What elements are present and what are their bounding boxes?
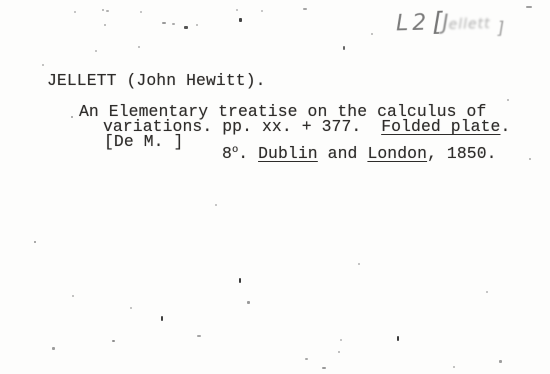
shelf-mark-faded-letters: ellett: [448, 16, 490, 33]
place-dublin: Dublin: [258, 144, 318, 163]
scan-speck: [322, 367, 326, 369]
shelf-mark-annotation: L2[Jellett]: [396, 5, 505, 42]
scan-speck: [239, 278, 241, 283]
scan-speck: [172, 23, 175, 25]
scan-speck: [247, 301, 250, 304]
scan-speck: [74, 11, 76, 13]
scan-speck: [453, 366, 455, 368]
scan-speck: [397, 336, 399, 341]
scan-speck: [106, 10, 109, 12]
imprint-year: , 1850.: [427, 144, 497, 163]
size-numeral: 8: [222, 144, 232, 163]
scan-speck: [358, 263, 360, 265]
place-london: London: [367, 144, 427, 163]
scan-speck: [112, 340, 115, 342]
scan-speck: [486, 291, 488, 293]
scan-speck: [499, 360, 502, 363]
scan-speck: [303, 8, 307, 10]
shelf-mark-close-bracket: ]: [498, 19, 505, 39]
scan-speck: [529, 158, 531, 160]
scan-speck: [526, 6, 532, 8]
scan-speck: [343, 46, 345, 50]
scan-speck: [184, 26, 188, 29]
folded-plate-note: Folded plate: [381, 117, 500, 136]
scan-speck: [102, 9, 104, 11]
bracket-note: [De M. ]: [104, 134, 184, 150]
scan-speck: [140, 11, 142, 13]
scan-speck: [338, 351, 340, 353]
scan-speck: [215, 204, 217, 206]
scan-speck: [72, 295, 74, 297]
catalog-card: L2[Jellett] JELLETT (John Hewitt). An El…: [0, 0, 550, 374]
scan-speck: [95, 50, 97, 52]
shelf-mark-prefix: L2: [396, 11, 431, 37]
shelf-mark-initial: J: [442, 10, 449, 34]
scan-speck: [305, 358, 308, 360]
scan-speck: [239, 18, 242, 22]
scan-speck: [340, 339, 342, 341]
author-heading: JELLETT (John Hewitt).: [47, 73, 266, 89]
scan-speck: [71, 116, 73, 118]
scan-speck: [130, 307, 132, 309]
scan-speck: [138, 46, 140, 48]
scan-speck: [34, 241, 36, 243]
scan-speck: [104, 24, 106, 26]
scan-speck: [197, 335, 201, 337]
scan-speck: [162, 22, 166, 24]
imprint-separator: .: [238, 144, 258, 163]
scan-noise-layer: [0, 0, 550, 374]
imprint-conjunction: and: [318, 144, 368, 163]
scan-speck: [196, 24, 198, 26]
scan-speck: [261, 10, 263, 12]
scan-speck: [161, 316, 163, 321]
scan-speck: [42, 64, 44, 66]
scan-speck: [507, 99, 509, 101]
scan-speck: [371, 33, 373, 35]
scan-speck: [52, 347, 55, 350]
imprint-line: 8o. Dublin and London, 1850.: [222, 145, 497, 162]
title-line-2-period: .: [500, 117, 510, 136]
scan-speck: [236, 9, 238, 11]
